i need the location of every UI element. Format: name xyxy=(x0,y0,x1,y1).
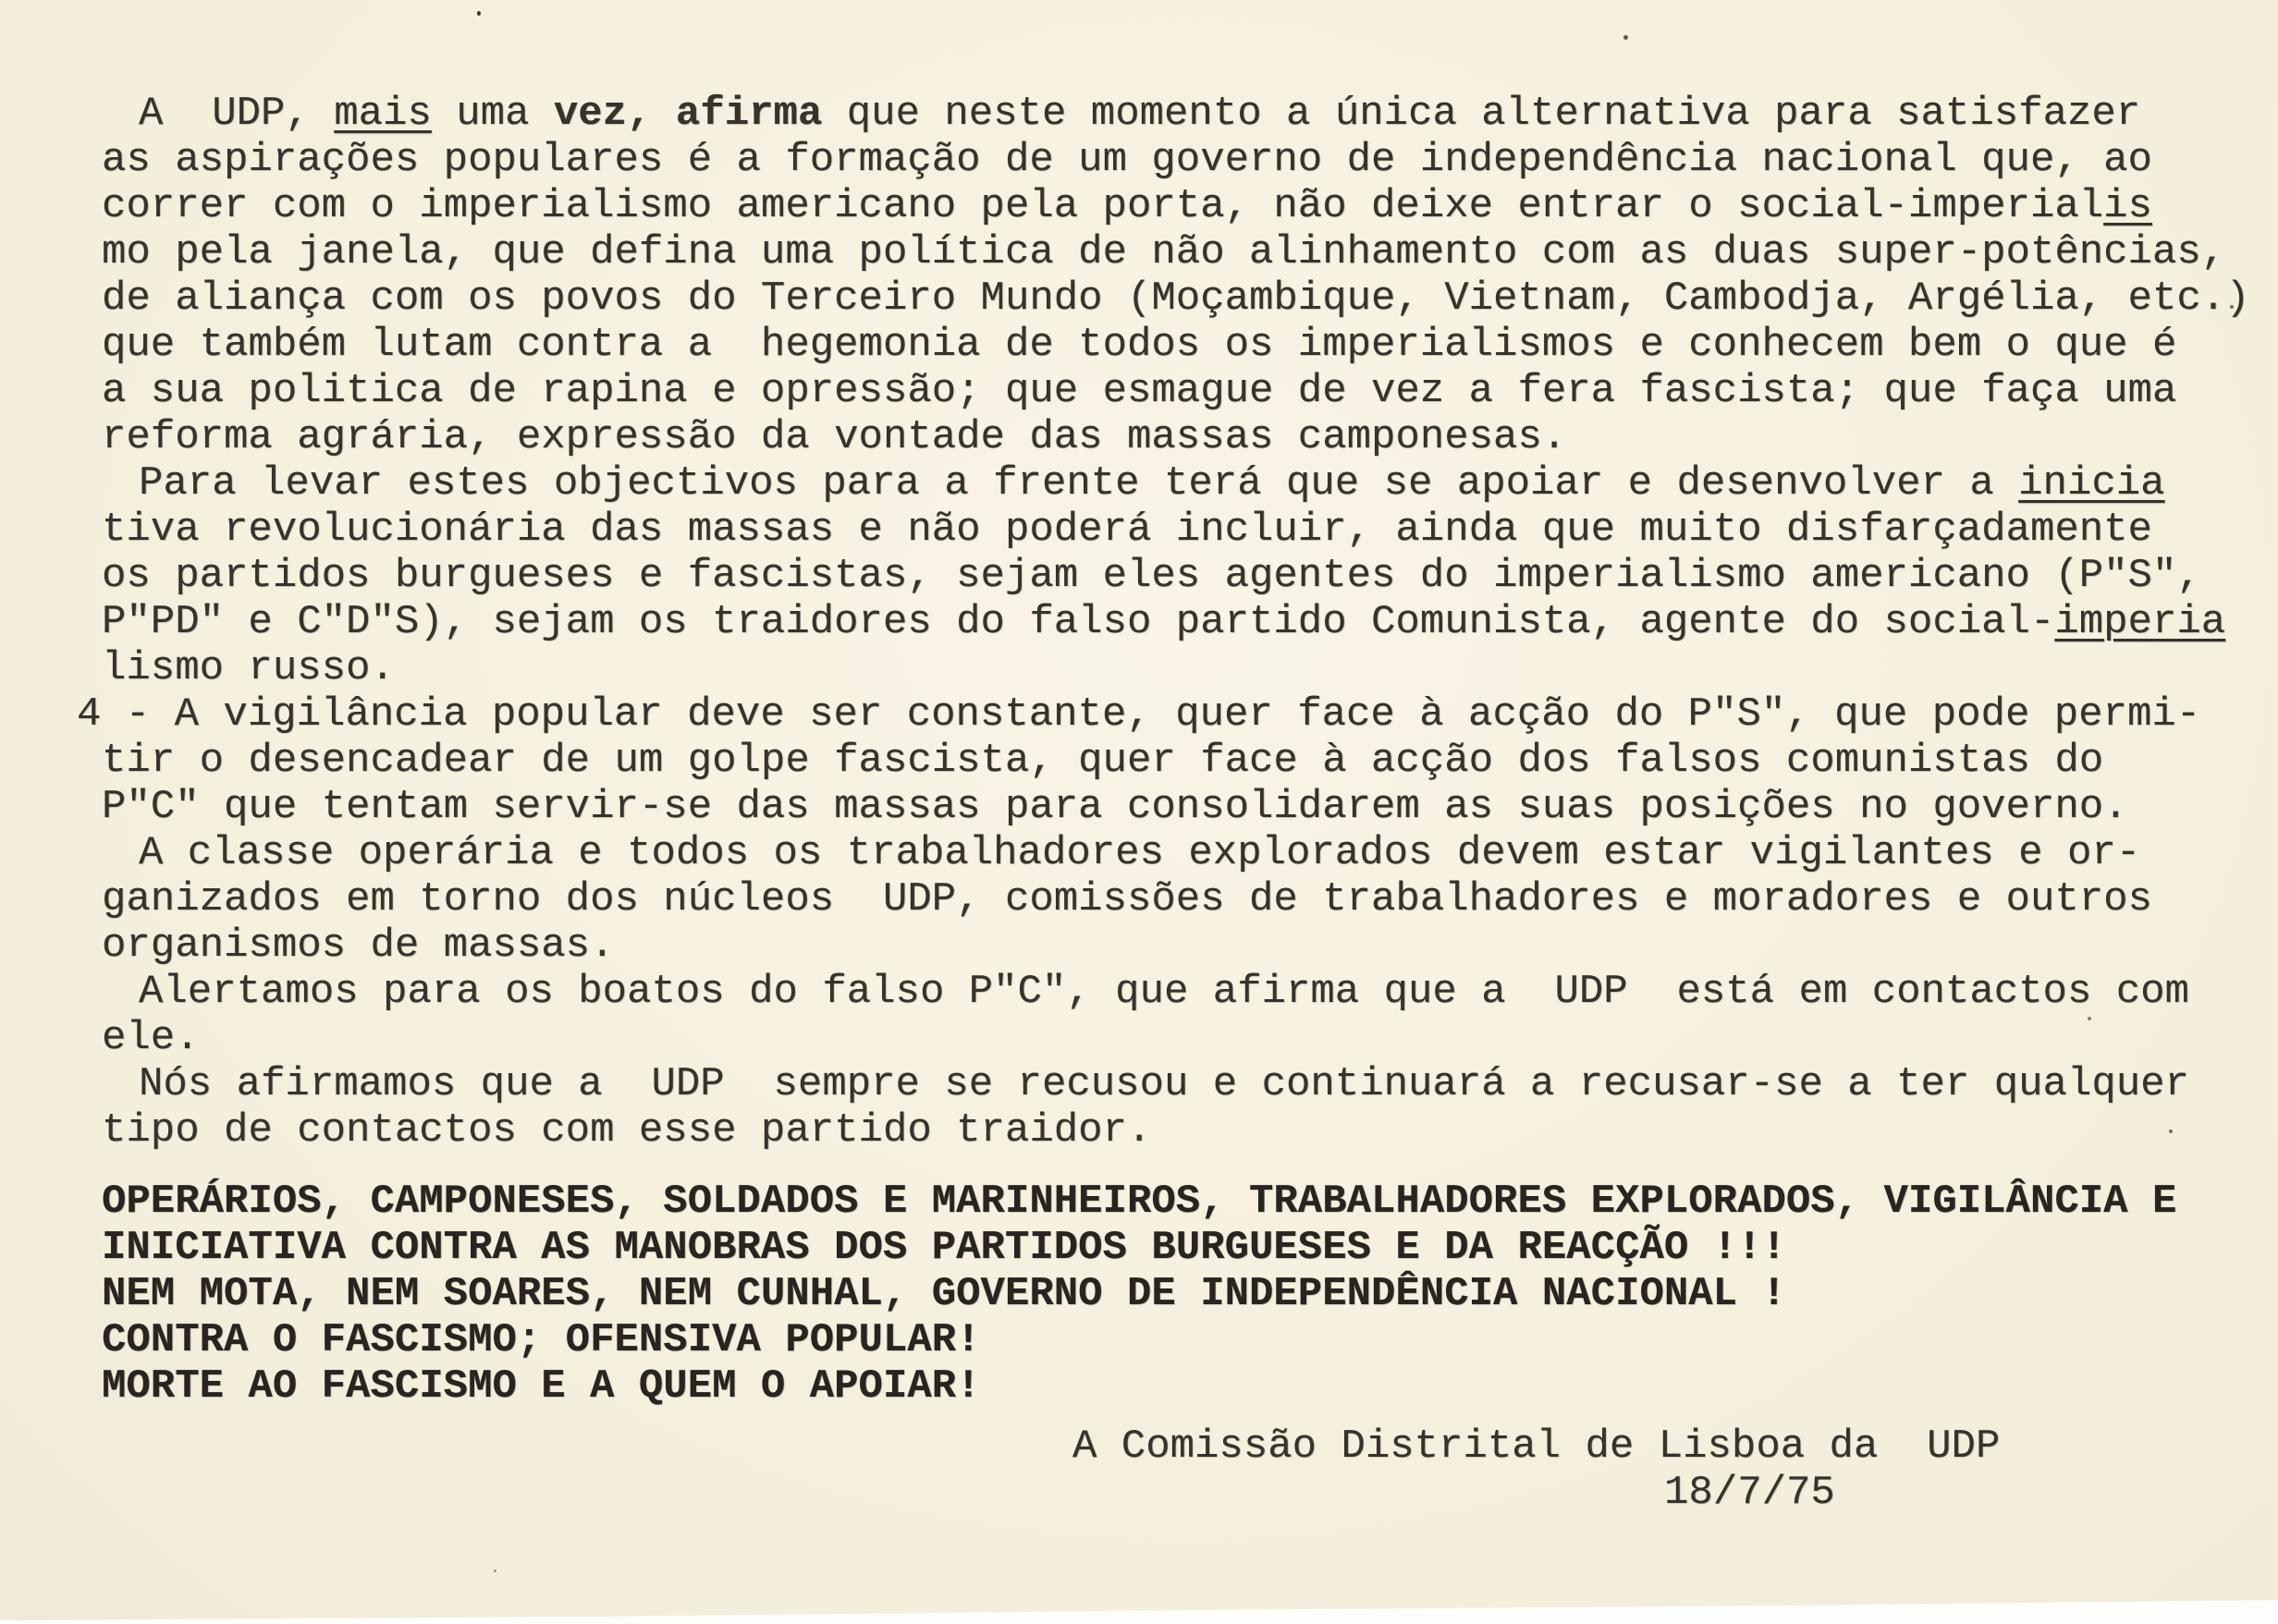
text-line-18: ganizados em torno dos núcleos UDP, comi… xyxy=(102,876,2278,922)
ink-speck xyxy=(2230,305,2234,309)
signature-text: A Comissão Distrital de Lisboa da UDP xyxy=(1072,1423,2000,1470)
ink-speck xyxy=(494,1569,496,1572)
text-line-28: MORTE AO FASCISMO E A QUEM O APOIAR! xyxy=(102,1363,2278,1410)
text-line-15: tir o desencadear de um golpe fascista, … xyxy=(102,738,2278,784)
text-line-5: de aliança com os povos do Terceiro Mund… xyxy=(102,275,2278,322)
text-line-20: Alertamos para os boatos do falso P"C", … xyxy=(102,969,2278,1015)
text-line-25: INICIATIVA CONTRA AS MANOBRAS DOS PARTID… xyxy=(102,1225,2278,1271)
text-line-13: lismo russo. xyxy=(102,645,2278,691)
text-line-27: CONTRA O FASCISMO; OFENSIVA POPULAR! xyxy=(102,1317,2278,1363)
text-line-9: Para levar estes objectivos para a frent… xyxy=(102,460,2278,507)
date-line: 18/7/75 xyxy=(102,1470,2278,1516)
ink-speck xyxy=(2088,1017,2091,1020)
text-line-19: organismos de massas. xyxy=(102,922,2278,969)
text-line-21: ele. xyxy=(102,1015,2278,1061)
text-line-26: NEM MOTA, NEM SOARES, NEM CUNHAL, GOVERN… xyxy=(102,1271,2278,1317)
text-line-1: A UDP, mais uma vez, afirma que neste mo… xyxy=(102,91,2278,137)
scanner-paper-edge xyxy=(0,1600,2278,1624)
text-line-6: que também lutam contra a hegemonia de t… xyxy=(102,322,2278,368)
ink-speck xyxy=(2169,1129,2173,1133)
text-line-4: mo pela janela, que defina uma política … xyxy=(102,229,2278,275)
signature-line: A Comissão Distrital de Lisboa da UDP xyxy=(102,1423,2278,1470)
ink-speck xyxy=(477,11,481,16)
date-text: 18/7/75 xyxy=(1664,1470,1835,1516)
text-line-10: tiva revolucionária das massas e não pod… xyxy=(102,507,2278,553)
body-lines: A UDP, mais uma vez, afirma que neste mo… xyxy=(102,91,2278,1410)
text-line-24: OPERÁRIOS, CAMPONESES, SOLDADOS E MARINH… xyxy=(102,1178,2278,1225)
text-line-17: A classe operária e todos os trabalhador… xyxy=(102,830,2278,876)
text-line-8: reforma agrária, expressão da vontade da… xyxy=(102,414,2278,460)
text-line-3: correr com o imperialismo americano pela… xyxy=(102,183,2278,229)
text-line-22: Nós afirmamos que a UDP sempre se recuso… xyxy=(102,1061,2278,1107)
text-line-2: as aspirações populares é a formação de … xyxy=(102,137,2278,183)
text-line-16: P"C" que tentam servir-se das massas par… xyxy=(102,784,2278,830)
text-line-12: P"PD" e C"D"S), sejam os traidores do fa… xyxy=(102,599,2278,645)
scanned-leaflet-page: A UDP, mais uma vez, afirma que neste mo… xyxy=(0,0,2278,1624)
document-body: A UDP, mais uma vez, afirma que neste mo… xyxy=(102,91,2278,1516)
ink-speck xyxy=(1623,35,1628,40)
text-line-23: tipo de contactos com esse partido traid… xyxy=(102,1107,2278,1154)
text-line-14: 4 - A vigilância popular deve ser consta… xyxy=(77,691,2278,738)
text-line-7: a sua politica de rapina e opressão; que… xyxy=(102,368,2278,414)
text-line-11: os partidos burgueses e fascistas, sejam… xyxy=(102,553,2278,599)
